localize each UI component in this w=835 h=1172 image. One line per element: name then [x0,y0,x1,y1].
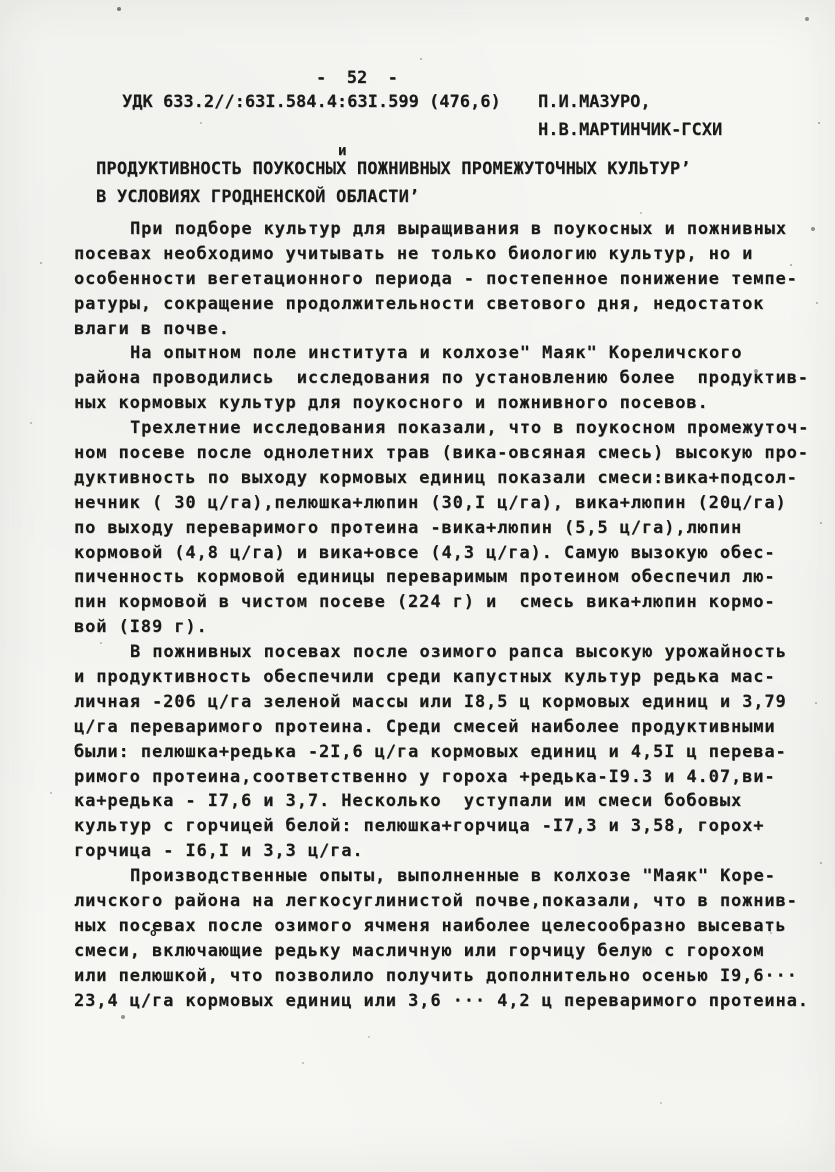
text-line: ратуры, сокращение продолжительности све… [74,292,814,317]
text-line: культур с горчицей белой: пелюшка+горчиц… [74,814,814,839]
body-text: При подборе культур для выращивания в по… [74,217,814,1014]
text-line: В пожнивных посевах после озимого рапса … [74,640,814,665]
text-line: Производственные опыты, выполненные в ко… [74,864,814,889]
document-title: ПРОДУКТИВНОСТЬ ПОУКОСНЫХ ПОЖНИВНЫХ ПРОМЕ… [96,155,691,211]
text-line: На опытном поле института и колхозе" Мая… [74,341,814,366]
text-line: дуктивность по выходу кормовых единиц по… [74,466,814,491]
text-line: ц/га переваримого протеина. Среди смесей… [74,715,814,740]
text-line: римого протеина,соответственно у гороха … [74,765,814,790]
paragraph: Производственные опыты, выполненные в ко… [74,864,814,1013]
text-line: 23,4 ц/га кормовых единиц или 3,6 ··· 4,… [74,989,814,1014]
text-line: района проводились исследования по устан… [74,366,814,391]
text-line: влаги в почве. [74,317,814,342]
text-line: посевах необходимо учитывать не только б… [74,242,814,267]
text-line: нечник ( 30 ц/га),пелюшка+люпин (30,I ц/… [74,491,814,516]
handwritten-correction: о [150,926,157,939]
text-line: личского района на легкосуглинистой почв… [74,889,814,914]
text-line: горчица - I6,I и 3,3 ц/га. [74,839,814,864]
text-line: ка+редька - I7,6 и 3,7. Несколько уступа… [74,789,814,814]
author-line-2: Н.В.МАРТИНЧИК-ГСХИ [538,120,722,140]
text-line: ном посеве после однолетних трав (вика-о… [74,441,814,466]
text-line: Трехлетние исследования показали, что в … [74,416,814,441]
udk-classification: УДК 633.2//:63I.584.4:63I.599 (476,6) [122,92,501,112]
text-line: ных посевах после озимого ячменя наиболе… [74,914,814,939]
text-line: пиченность кормовой единицы переваримым … [74,565,814,590]
text-line: вой (I89 г). [74,615,814,640]
text-line: или пелюшкой, что позволило получить доп… [74,964,814,989]
text-line: ных кормовых культур для поукосного и по… [74,391,814,416]
author-line-1: П.И.МАЗУРО, [538,92,651,112]
paragraph: Трехлетние исследования показали, что в … [74,416,814,640]
scan-speckles [0,0,2,2]
paragraph: В пожнивных посевах после озимого рапса … [74,640,814,864]
page-number: - 52 - [316,68,398,88]
paragraph: При подборе культур для выращивания в по… [74,217,814,341]
text-line: кормовой (4,8 ц/га) и вика+овсе (4,3 ц/г… [74,541,814,566]
paragraph: На опытном поле института и колхозе" Мая… [74,341,814,416]
text-line: и продуктивность обеспечили среди капуст… [74,665,814,690]
text-line: пин кормовой в чистом посеве (224 г) и с… [74,590,814,615]
text-line: личная -206 ц/га зеленой массы или I8,5 … [74,690,814,715]
text-line: были: пелюшка+редька -2I,6 ц/га кормовых… [74,740,814,765]
title-line-1: ПРОДУКТИВНОСТЬ ПОУКОСНЫХ ПОЖНИВНЫХ ПРОМЕ… [96,155,691,183]
text-line: по выходу переваримого протеина -вика+лю… [74,516,814,541]
scanned-document-page: - 52 - УДК 633.2//:63I.584.4:63I.599 (47… [0,0,835,1172]
text-line: смеси, включающие редьку масличную или г… [74,939,814,964]
text-line: При подборе культур для выращивания в по… [74,217,814,242]
title-line-2: В УСЛОВИЯХ ГРОДНЕНСКОЙ ОБЛАСТИ’ [96,183,691,211]
text-line: особенности вегетационного периода - пос… [74,267,814,292]
